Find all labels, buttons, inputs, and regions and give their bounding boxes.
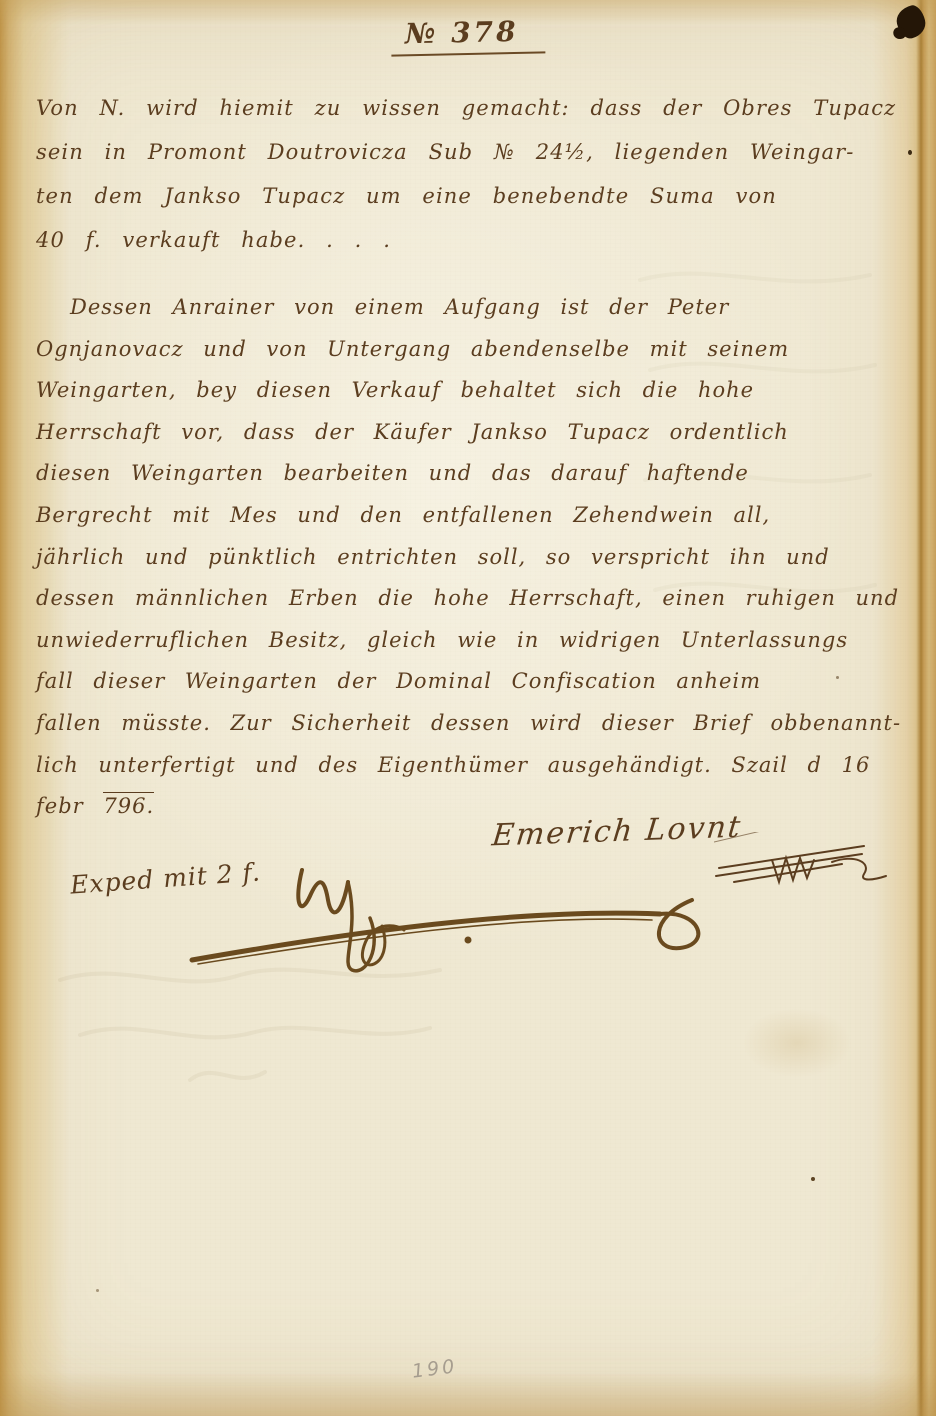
manuscript-line: diesen Weingarten bearbeiten und das dar…: [36, 453, 898, 495]
manuscript-line: 40 f. verkauft habe. . . .: [36, 218, 898, 262]
manuscript-line: Ognjanovacz und von Untergang abendensel…: [36, 329, 898, 371]
manuscript-line: jährlich und pünktlich entrichten soll, …: [36, 537, 898, 579]
paper-stain: [742, 1008, 852, 1078]
manuscript-body: Von N. wird hiemit zu wissen gemacht: da…: [36, 86, 898, 828]
manuscript-line: Dessen Anrainer von einem Aufgang ist de…: [36, 287, 898, 329]
manuscript-line: fall dieser Weingarten der Dominal Confi…: [36, 661, 898, 703]
manuscript-line: sein in Promont Doutrovicza Sub № 24½, l…: [36, 130, 898, 174]
paragraph-announcement: Von N. wird hiemit zu wissen gemacht: da…: [36, 86, 898, 262]
manuscript-page: № 378 Von N. wird hiemit zu wissen gemac…: [0, 0, 936, 1416]
manuscript-line: unwiederruflichen Besitz, gleich wie in …: [36, 620, 898, 662]
manuscript-line: Weingarten, bey diesen Verkauf behaltet …: [36, 370, 898, 412]
aged-paper-bottom-edge: [0, 1372, 936, 1416]
signature-text: Emerich Lovnt: [490, 810, 744, 854]
signature-flourish: [714, 832, 894, 888]
ink-speck: [96, 1289, 99, 1292]
ink-speck: [908, 150, 912, 155]
document-number-header: № 378: [0, 16, 936, 55]
manuscript-line: lich unterfertigt und des Eigenthümer au…: [36, 745, 898, 787]
paragraph-conditions: Dessen Anrainer von einem Aufgang ist de…: [36, 287, 898, 828]
ink-speck: [811, 1177, 815, 1181]
document-number: № 378: [391, 14, 545, 56]
manuscript-line: dessen männlichen Erben die hohe Herrsch…: [36, 578, 898, 620]
closing-year: 796.: [103, 792, 154, 818]
manuscript-line: Von N. wird hiemit zu wissen gemacht: da…: [36, 86, 898, 130]
paraph-flourish: [52, 852, 732, 987]
closing-month: febr: [36, 794, 84, 818]
pencil-page-number: 190: [411, 1355, 459, 1382]
manuscript-line: Bergrecht mit Mes und den entfallenen Ze…: [36, 495, 898, 537]
manuscript-line: Herrschaft vor, dass der Käufer Jankso T…: [36, 412, 898, 454]
manuscript-line: ten dem Jankso Tupacz um eine benebendte…: [36, 174, 898, 218]
manuscript-line: fallen müsste. Zur Sicherheit dessen wir…: [36, 703, 898, 745]
closing-date-line: febr 796.: [36, 786, 898, 828]
